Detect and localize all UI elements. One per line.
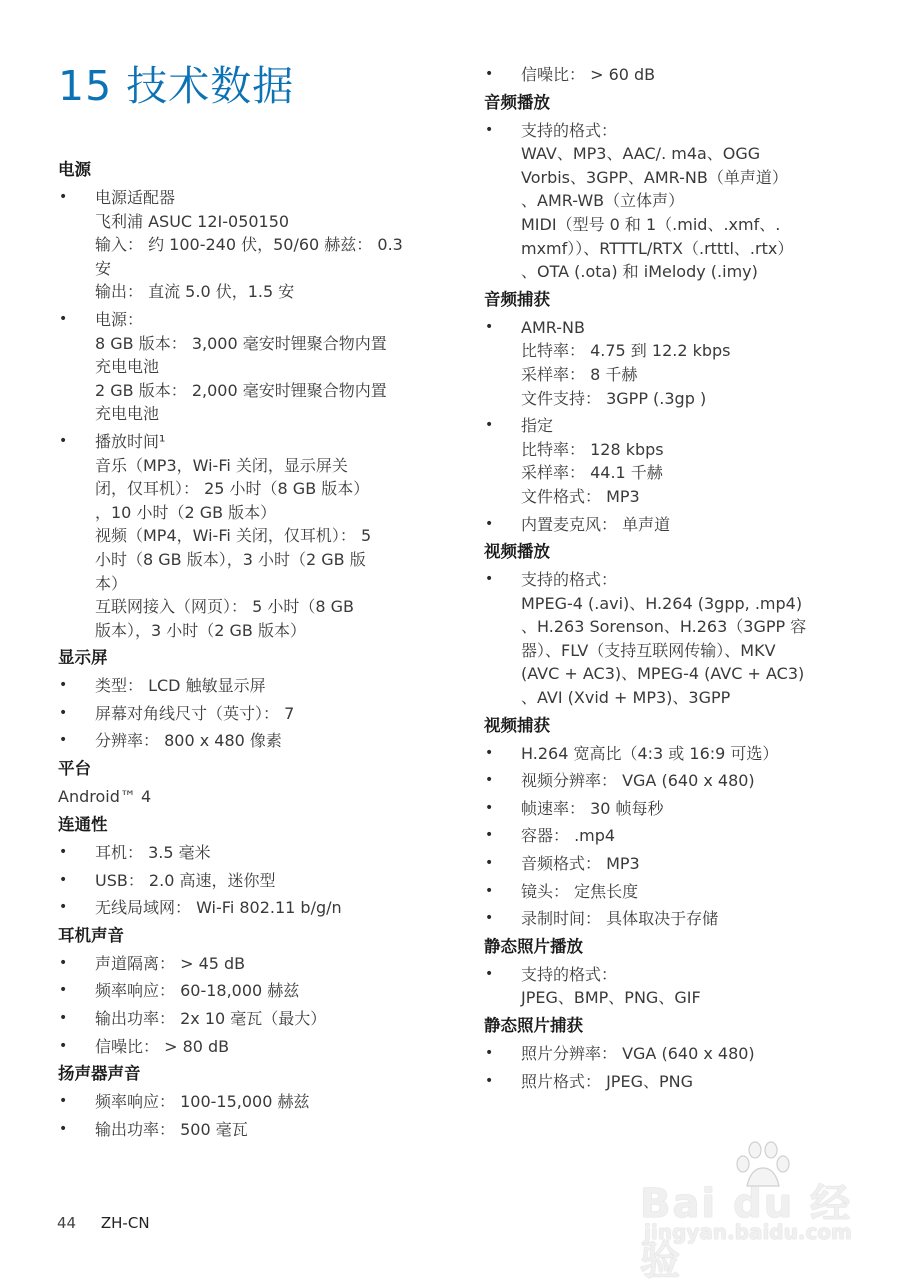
bullet-icon: • xyxy=(485,568,493,592)
text-line: 8 GB 版本： 3,000 毫安时锂聚合物内置 xyxy=(95,332,438,356)
left-column: 电源 • 电源适配器 飞利浦 ASUC 12I-050150 输入： 约 100… xyxy=(58,158,438,1145)
spec-list: •信噪比： > 60 dB xyxy=(484,63,844,87)
section-audio-capture: 音频捕获 • AMR-NB 比特率： 4.75 到 12.2 kbps 采样率：… xyxy=(484,288,844,536)
bullet-icon: • xyxy=(485,513,493,537)
text-line: 内置麦克风： 单声道 xyxy=(521,513,844,537)
text-line: 声道隔离： > 45 dB xyxy=(95,952,438,976)
bullet-icon: • xyxy=(485,63,493,87)
bullet-icon: • xyxy=(59,729,67,753)
spec-list: •耳机： 3.5 毫米 •USB： 2.0 高速，迷你型 •无线局域网： Wi-… xyxy=(58,841,438,920)
bullet-icon: • xyxy=(59,979,67,1003)
text-line: 频率响应： 100-15,000 赫兹 xyxy=(95,1090,438,1114)
section-heading: 显示屏 xyxy=(58,646,438,670)
text-line: 器）、FLV（支持互联网传输）、MKV xyxy=(521,639,844,663)
list-item: •分辨率： 800 x 480 像素 xyxy=(58,729,438,753)
text-line: 输出： 直流 5.0 伏，1.5 安 xyxy=(95,280,438,304)
text-line: 电源适配器 xyxy=(95,186,438,210)
bullet-icon: • xyxy=(59,186,67,210)
text-line: 采样率： 8 千赫 xyxy=(521,363,844,387)
list-item: •输出功率： 500 毫瓦 xyxy=(58,1118,438,1142)
spec-list: • 支持的格式： WAV、MP3、AAC/. m4a、OGG Vorbis、3G… xyxy=(484,119,844,284)
section-headphone-sound: 耳机声音 •声道隔离： > 45 dB •频率响应： 60-18,000 赫兹 … xyxy=(58,924,438,1058)
text-line: 照片分辨率： VGA (640 x 480) xyxy=(521,1042,844,1066)
text-line: 分辨率： 800 x 480 像素 xyxy=(95,729,438,753)
section-photo-playback: 静态照片播放 • 支持的格式： JPEG、BMP、PNG、GIF xyxy=(484,935,844,1010)
bullet-icon: • xyxy=(59,1035,67,1059)
text-line: Vorbis、3GPP、AMR-NB（单声道） xyxy=(521,166,844,190)
text-line: 指定 xyxy=(521,414,844,438)
text-line: 音乐（MP3，Wi-Fi 关闭，显示屏关 xyxy=(95,454,438,478)
bullet-icon: • xyxy=(485,1042,493,1066)
text-line: AMR-NB xyxy=(521,316,844,340)
section-platform: 平台 Android™ 4 xyxy=(58,757,438,809)
bullet-icon: • xyxy=(485,852,493,876)
list-item: • 播放时间¹ 音乐（MP3，Wi-Fi 关闭，显示屏关 闭，仅耳机）： 25 … xyxy=(58,430,438,642)
text-line: (AVC + AC3)、MPEG-4 (AVC + AC3) xyxy=(521,662,844,686)
list-item: • 指定 比特率： 128 kbps 采样率： 44.1 千赫 文件格式： MP… xyxy=(484,414,844,508)
section-heading: 视频播放 xyxy=(484,540,844,564)
list-item: •录制时间： 具体取决于存储 xyxy=(484,907,844,931)
text-line: JPEG、BMP、PNG、GIF xyxy=(521,986,844,1010)
section-heading: 连通性 xyxy=(58,813,438,837)
text-line: 比特率： 4.75 到 12.2 kbps xyxy=(521,339,844,363)
list-item: •视频分辨率： VGA (640 x 480) xyxy=(484,769,844,793)
spec-list: •类型： LCD 触敏显示屏 •屏幕对角线尺寸（英寸）： 7 •分辨率： 800… xyxy=(58,674,438,753)
text-line: 录制时间： 具体取决于存储 xyxy=(521,907,844,931)
section-video-capture: 视频捕获 •H.264 宽高比（4:3 或 16:9 可选） •视频分辨率： V… xyxy=(484,714,844,931)
bullet-icon: • xyxy=(485,907,493,931)
bullet-icon: • xyxy=(59,308,67,332)
text-line: 播放时间¹ xyxy=(95,430,438,454)
section-heading: 音频捕获 xyxy=(484,288,844,312)
section-heading: 视频捕获 xyxy=(484,714,844,738)
bullet-icon: • xyxy=(485,880,493,904)
text-line: 容器： .mp4 xyxy=(521,824,844,848)
spec-list: •声道隔离： > 45 dB •频率响应： 60-18,000 赫兹 •输出功率… xyxy=(58,952,438,1058)
text-line: 视频分辨率： VGA (640 x 480) xyxy=(521,769,844,793)
text-line: MIDI（型号 0 和 1（.mid、.xmf、. xyxy=(521,213,844,237)
spec-list: •照片分辨率： VGA (640 x 480) •照片格式： JPEG、PNG xyxy=(484,1042,844,1093)
spec-list: • 电源适配器 飞利浦 ASUC 12I-050150 输入： 约 100-24… xyxy=(58,186,438,642)
section-heading: 静态照片捕获 xyxy=(484,1014,844,1038)
spec-list: • 支持的格式： MPEG-4 (.avi)、H.264 (3gpp, .mp4… xyxy=(484,568,844,710)
section-photo-capture: 静态照片捕获 •照片分辨率： VGA (640 x 480) •照片格式： JP… xyxy=(484,1014,844,1093)
list-item: •频率响应： 60-18,000 赫兹 xyxy=(58,979,438,1003)
spec-list: • 支持的格式： JPEG、BMP、PNG、GIF xyxy=(484,963,844,1010)
bullet-icon: • xyxy=(485,824,493,848)
text-line: 帧速率： 30 帧每秒 xyxy=(521,797,844,821)
text-line: 视频（MP4，Wi-Fi 关闭，仅耳机）： 5 xyxy=(95,524,438,548)
section-heading: 电源 xyxy=(58,158,438,182)
page-number: 44 xyxy=(57,1214,76,1232)
list-item: • 内置麦克风： 单声道 xyxy=(484,513,844,537)
section-display: 显示屏 •类型： LCD 触敏显示屏 •屏幕对角线尺寸（英寸）： 7 •分辨率：… xyxy=(58,646,438,753)
text-line: ，10 小时（2 GB 版本） xyxy=(95,501,438,525)
text-line: 小时（8 GB 版本），3 小时（2 GB 版 xyxy=(95,548,438,572)
list-item: •容器： .mp4 xyxy=(484,824,844,848)
text-line: 输出功率： 500 毫瓦 xyxy=(95,1118,438,1142)
list-item: •音频格式： MP3 xyxy=(484,852,844,876)
list-item: • 支持的格式： MPEG-4 (.avi)、H.264 (3gpp, .mp4… xyxy=(484,568,844,710)
section-power: 电源 • 电源适配器 飞利浦 ASUC 12I-050150 输入： 约 100… xyxy=(58,158,438,642)
text-line: 充电电池 xyxy=(95,355,438,379)
page-footer: 44 ZH-CN xyxy=(57,1213,150,1233)
section-heading: 静态照片播放 xyxy=(484,935,844,959)
watermark-url: jingyan.baidu.com xyxy=(644,1220,852,1244)
list-item: • 支持的格式： WAV、MP3、AAC/. m4a、OGG Vorbis、3G… xyxy=(484,119,844,284)
text-line: 音频格式： MP3 xyxy=(521,852,844,876)
page-title: 15 技术数据 xyxy=(58,58,294,114)
text-line: 飞利浦 ASUC 12I-050150 xyxy=(95,210,438,234)
text-line: 、AMR-WB（立体声） xyxy=(521,189,844,213)
text-line: 文件格式： MP3 xyxy=(521,485,844,509)
text-line: 、H.263 Sorenson、H.263（3GPP 容 xyxy=(521,615,844,639)
list-item: •无线局域网： Wi-Fi 802.11 b/g/n xyxy=(58,896,438,920)
text-line: 2 GB 版本： 2,000 毫安时锂聚合物内置 xyxy=(95,379,438,403)
text-line: 支持的格式： xyxy=(521,119,844,143)
text-line: 屏幕对角线尺寸（英寸）： 7 xyxy=(95,702,438,726)
text-line: 比特率： 128 kbps xyxy=(521,438,844,462)
section-audio-playback: 音频播放 • 支持的格式： WAV、MP3、AAC/. m4a、OGG Vorb… xyxy=(484,91,844,284)
list-item: • 电源适配器 飞利浦 ASUC 12I-050150 输入： 约 100-24… xyxy=(58,186,438,304)
bullet-icon: • xyxy=(59,952,67,976)
text-line: 、OTA (.ota) 和 iMelody (.imy) xyxy=(521,260,844,284)
text-line: WAV、MP3、AAC/. m4a、OGG xyxy=(521,142,844,166)
text-line: 输出功率： 2x 10 毫瓦（最大） xyxy=(95,1007,438,1031)
section-connectivity: 连通性 •耳机： 3.5 毫米 •USB： 2.0 高速，迷你型 •无线局域网：… xyxy=(58,813,438,920)
text-line: USB： 2.0 高速，迷你型 xyxy=(95,869,438,893)
list-item: •照片格式： JPEG、PNG xyxy=(484,1070,844,1094)
list-item: •镜头： 定焦长度 xyxy=(484,880,844,904)
right-column: •信噪比： > 60 dB 音频播放 • 支持的格式： WAV、MP3、AAC/… xyxy=(484,63,844,1097)
bullet-icon: • xyxy=(485,742,493,766)
text-line: 类型： LCD 触敏显示屏 xyxy=(95,674,438,698)
text-line: 耳机： 3.5 毫米 xyxy=(95,841,438,865)
list-item: • 支持的格式： JPEG、BMP、PNG、GIF xyxy=(484,963,844,1010)
baidu-watermark: Bai du 经验 jingyan.baidu.com xyxy=(640,1140,860,1250)
text-line: 充电电池 xyxy=(95,402,438,426)
bullet-icon: • xyxy=(59,869,67,893)
text-line: 安 xyxy=(95,257,438,281)
text-line: 版本），3 小时（2 GB 版本） xyxy=(95,619,438,643)
bullet-icon: • xyxy=(59,702,67,726)
bullet-icon: • xyxy=(59,1007,67,1031)
section-heading: 耳机声音 xyxy=(58,924,438,948)
spec-list: • AMR-NB 比特率： 4.75 到 12.2 kbps 采样率： 8 千赫… xyxy=(484,316,844,536)
text-line: 镜头： 定焦长度 xyxy=(521,880,844,904)
list-item: •H.264 宽高比（4:3 或 16:9 可选） xyxy=(484,742,844,766)
bullet-icon: • xyxy=(485,797,493,821)
text-line: H.264 宽高比（4:3 或 16:9 可选） xyxy=(521,742,844,766)
list-item: •信噪比： > 80 dB xyxy=(58,1035,438,1059)
section-speaker-sound: 扬声器声音 •频率响应： 100-15,000 赫兹 •输出功率： 500 毫瓦 xyxy=(58,1062,438,1141)
locale-label: ZH-CN xyxy=(101,1214,150,1232)
bullet-icon: • xyxy=(59,896,67,920)
text-line: 本） xyxy=(95,572,438,596)
bullet-icon: • xyxy=(485,963,493,987)
text-line: 信噪比： > 80 dB xyxy=(95,1035,438,1059)
list-item: •耳机： 3.5 毫米 xyxy=(58,841,438,865)
list-item: •输出功率： 2x 10 毫瓦（最大） xyxy=(58,1007,438,1031)
spec-list: •频率响应： 100-15,000 赫兹 •输出功率： 500 毫瓦 xyxy=(58,1090,438,1141)
list-item: •信噪比： > 60 dB xyxy=(484,63,844,87)
bullet-icon: • xyxy=(59,430,67,454)
text-line: mxmf））、RTTTL/RTX（.rtttl、.rtx） xyxy=(521,237,844,261)
section-heading: 平台 xyxy=(58,757,438,781)
list-item: •帧速率： 30 帧每秒 xyxy=(484,797,844,821)
text-line: 、AVI (Xvid + MP3)、3GPP xyxy=(521,686,844,710)
text-line: 照片格式： JPEG、PNG xyxy=(521,1070,844,1094)
text-line: 文件支持： 3GPP (.3gp ) xyxy=(521,387,844,411)
list-item: •屏幕对角线尺寸（英寸）： 7 xyxy=(58,702,438,726)
text-line: 闭，仅耳机）： 25 小时（8 GB 版本） xyxy=(95,477,438,501)
text-line: 互联网接入（网页）： 5 小时（8 GB xyxy=(95,595,438,619)
bullet-icon: • xyxy=(485,414,493,438)
text-line: 采样率： 44.1 千赫 xyxy=(521,461,844,485)
list-item: • 电源： 8 GB 版本： 3,000 毫安时锂聚合物内置 充电电池 2 GB… xyxy=(58,308,438,426)
text-line: 电源： xyxy=(95,308,438,332)
bullet-icon: • xyxy=(485,316,493,340)
text-line: 输入： 约 100-240 伏，50/60 赫兹： 0.3 xyxy=(95,233,438,257)
bullet-icon: • xyxy=(59,841,67,865)
list-item: •类型： LCD 触敏显示屏 xyxy=(58,674,438,698)
bullet-icon: • xyxy=(485,769,493,793)
bullet-icon: • xyxy=(59,1090,67,1114)
text-line: 信噪比： > 60 dB xyxy=(521,63,844,87)
section-video-playback: 视频播放 • 支持的格式： MPEG-4 (.avi)、H.264 (3gpp,… xyxy=(484,540,844,710)
bullet-icon: • xyxy=(59,674,67,698)
section-heading: 扬声器声音 xyxy=(58,1062,438,1086)
spec-list: •H.264 宽高比（4:3 或 16:9 可选） •视频分辨率： VGA (6… xyxy=(484,742,844,931)
text-line: MPEG-4 (.avi)、H.264 (3gpp, .mp4) xyxy=(521,592,844,616)
list-item: •USB： 2.0 高速，迷你型 xyxy=(58,869,438,893)
text-line: 频率响应： 60-18,000 赫兹 xyxy=(95,979,438,1003)
text-line: 支持的格式： xyxy=(521,963,844,987)
section-heading: 音频播放 xyxy=(484,91,844,115)
text-line: 支持的格式： xyxy=(521,568,844,592)
list-item: •声道隔离： > 45 dB xyxy=(58,952,438,976)
bullet-icon: • xyxy=(485,1070,493,1094)
list-item: • AMR-NB 比特率： 4.75 到 12.2 kbps 采样率： 8 千赫… xyxy=(484,316,844,410)
bullet-icon: • xyxy=(485,119,493,143)
section-speaker-continued: •信噪比： > 60 dB xyxy=(484,63,844,87)
platform-value: Android™ 4 xyxy=(58,785,438,809)
text-line: 无线局域网： Wi-Fi 802.11 b/g/n xyxy=(95,896,438,920)
list-item: •照片分辨率： VGA (640 x 480) xyxy=(484,1042,844,1066)
list-item: •频率响应： 100-15,000 赫兹 xyxy=(58,1090,438,1114)
bullet-icon: • xyxy=(59,1118,67,1142)
